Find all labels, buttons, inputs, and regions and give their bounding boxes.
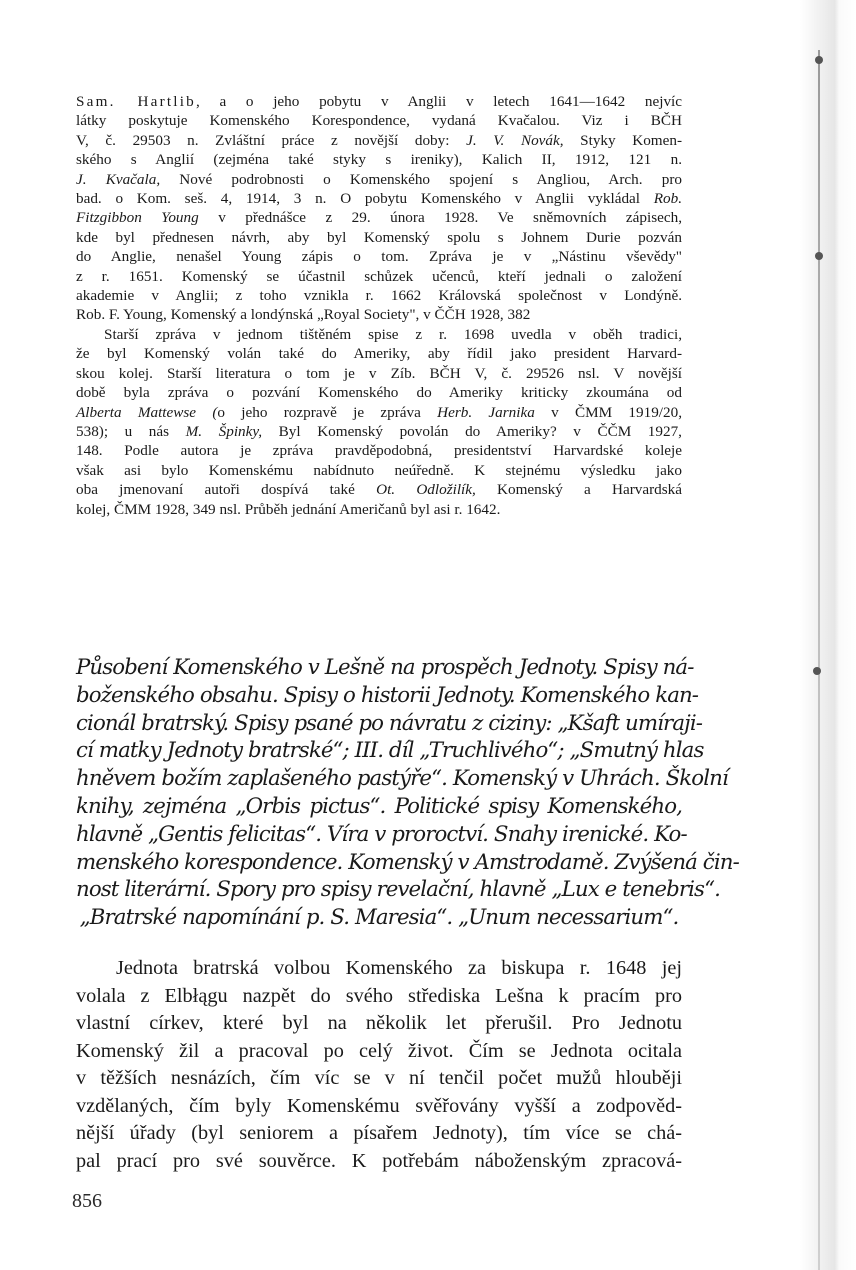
footnote-text: době byla zpráva o pozvání Komenského do… xyxy=(76,384,682,401)
footnote-line: do Anglie, nenašel Young zápis o tom. Zp… xyxy=(76,247,682,266)
body-line: pal prací pro své souvěrce. K potřebám n… xyxy=(76,1148,682,1176)
footnote-citation: Alberta Mattewse ( xyxy=(76,404,217,421)
footnote-line: kolej, ČMM 1928, 349 nsl. Průběh jednání… xyxy=(76,500,682,519)
footnote-text: v ČMM 1919/20, xyxy=(535,404,682,421)
footnote-text: o jeho rozpravě je zpráva xyxy=(217,404,437,421)
footnote-line: bad. o Kom. seš. 4, 1914, 3 n. O pobytu … xyxy=(76,189,682,208)
footnote-line: 148. Podle autora je zpráva pravděpodobn… xyxy=(76,441,682,460)
footnote-text: Komenský a Harvardská xyxy=(476,481,682,498)
footnote-line: době byla zpráva o pozvání Komenského do… xyxy=(76,383,682,402)
footnote-line: akademie v Anglii; z toho vznikla r. 166… xyxy=(76,286,682,305)
footnote-line: že byl Komenský volán také do Ameriky, a… xyxy=(76,344,682,363)
body-paragraph: Jednota bratrská volbou Komenského za bi… xyxy=(76,955,682,1175)
footnote-text: skou kolej. Starší literatura o tom je v… xyxy=(76,365,682,382)
footnote-citation: Herb. Jarnika xyxy=(437,404,535,421)
footnote-text: do Anglie, nenašel Young zápis o tom. Zp… xyxy=(76,248,682,265)
footnote-line: kde byl přednesen návrh, aby byl Komensk… xyxy=(76,228,682,247)
footnote-text: v přednášce z 29. února 1928. Ve sněmovn… xyxy=(199,209,682,226)
body-line: vlastní církev, které byl na několik let… xyxy=(76,1010,682,1038)
footnote-line: ského s Anglií (zejména také styky s ire… xyxy=(76,150,682,169)
footnote-text: kde byl přednesen návrh, aby byl Komensk… xyxy=(76,229,682,246)
footnote-citation: Ot. Odložilík, xyxy=(376,481,476,498)
footnote-line: však asi bylo Komenskému nabídnuto neúře… xyxy=(76,461,682,480)
footnote-text: že byl Komenský volán také do Ameriky, a… xyxy=(76,345,682,362)
footnote-citation: Fitzgibbon Young xyxy=(76,209,199,226)
footnote-text: Nové podrobnosti o Komenského spojení s … xyxy=(160,171,682,188)
footnote-line: V, č. 29503 n. Zvláštní práce z novější … xyxy=(76,131,682,150)
synopsis-line: Působení Komenského v Lešně na prospěch … xyxy=(76,654,682,682)
page-binding-shadow xyxy=(800,0,856,1270)
footnote-text: z r. 1651. Komenský se účastnil schůzek … xyxy=(76,268,682,285)
binding-knot xyxy=(813,667,821,675)
footnote-text: , a o jeho pobytu v Anglii v letech 1641… xyxy=(196,93,682,110)
footnote-citation: J. V. Novák, xyxy=(466,132,563,149)
body-line: nější úřady (byl seniorem a písařem Jedn… xyxy=(76,1120,682,1148)
footnote-text: bad. o Kom. seš. 4, 1914, 3 n. O pobytu … xyxy=(76,190,654,207)
body-line: Jednota bratrská volbou Komenského za bi… xyxy=(76,955,682,983)
chapter-synopsis: Působení Komenského v Lešně na prospěch … xyxy=(76,654,682,932)
footnote-line: oba jmenovaní autoři dospívá také Ot. Od… xyxy=(76,480,682,499)
footnote-citation: M. Špinky, xyxy=(186,423,262,440)
body-line: volala z Elbłągu nazpět do svého středis… xyxy=(76,983,682,1011)
footnote-line: J. Kvačala, Nové podrobnosti o Komenskéh… xyxy=(76,170,682,189)
footnote-citation: Rob. xyxy=(654,190,682,207)
footnote-text: V, č. 29503 n. Zvláštní práce z novější … xyxy=(76,132,466,149)
footnote-line: látky poskytuje Komenského Korespondence… xyxy=(76,111,682,130)
synopsis-line: hněvem božím zaplašeného pastýře“. Komen… xyxy=(76,765,682,793)
footnote-line: Starší zpráva v jednom tištěném spise z … xyxy=(76,325,682,344)
synopsis-line: knihy, zejména „Orbis pictus“. Politické… xyxy=(76,793,682,821)
body-line: vzdělaných, čím byly Komenskému svěřován… xyxy=(76,1093,682,1121)
page-number: 856 xyxy=(72,1190,102,1213)
footnote-text: však asi bylo Komenskému nabídnuto neúře… xyxy=(76,462,682,479)
synopsis-line: boženského obsahu. Spisy o historii Jedn… xyxy=(76,682,682,710)
footnote-text: Styky Komen- xyxy=(564,132,682,149)
synopsis-line: „Bratrské napomínání p. S. Maresia“. „Un… xyxy=(76,904,682,932)
footnote-text: akademie v Anglii; z toho vznikla r. 166… xyxy=(76,287,682,304)
footnote-line: 538); u nás M. Špinky, Byl Komenský povo… xyxy=(76,422,682,441)
footnote-line: Fitzgibbon Young v přednášce z 29. února… xyxy=(76,208,682,227)
footnote-text: oba jmenovaní autoři dospívá také xyxy=(76,481,376,498)
binding-knot xyxy=(815,56,823,64)
footnote-block: Sam. Hartlib, a o jeho pobytu v Anglii v… xyxy=(76,92,682,519)
footnote-text: kolej, ČMM 1928, 349 nsl. Průběh jednání… xyxy=(76,501,500,518)
body-line: Komenský žil a pracoval po celý život. Č… xyxy=(76,1038,682,1066)
footnote-line: skou kolej. Starší literatura o tom je v… xyxy=(76,364,682,383)
footnote-text: látky poskytuje Komenského Korespondence… xyxy=(76,112,682,129)
binding-knot xyxy=(815,252,823,260)
body-line: v těžších nesnázích, čím víc se v ní ten… xyxy=(76,1065,682,1093)
footnote-text: Sam. Hartlib xyxy=(76,93,196,110)
synopsis-line: cionál bratrský. Spisy psané po návratu … xyxy=(76,710,682,738)
synopsis-line: cí matky Jednoty bratrské“; III. díl „Tr… xyxy=(76,737,682,765)
footnote-text: ského s Anglií (zejména také styky s ire… xyxy=(76,151,682,168)
footnote-text: Byl Komenský povolán do Ameriky? v ČČM 1… xyxy=(262,423,682,440)
book-page: Sam. Hartlib, a o jeho pobytu v Anglii v… xyxy=(0,0,856,1270)
synopsis-line: hlavně „Gentis felicitas“. Víra v proroc… xyxy=(76,821,682,849)
footnote-citation: J. Kvačala, xyxy=(76,171,160,188)
synopsis-line: nost literární. Spory pro spisy revelačn… xyxy=(76,876,682,904)
synopsis-line: menského korespondence. Komenský v Amstr… xyxy=(76,849,682,877)
binding-thread xyxy=(818,50,820,1270)
footnote-text: 148. Podle autora je zpráva pravděpodobn… xyxy=(76,442,682,459)
footnote-line: Rob. F. Young, Komenský a londýnská „Roy… xyxy=(76,305,682,324)
footnote-line: Sam. Hartlib, a o jeho pobytu v Anglii v… xyxy=(76,92,682,111)
footnote-line: Alberta Mattewse (o jeho rozpravě je zpr… xyxy=(76,403,682,422)
footnote-text: Starší zpráva v jednom tištěném spise z … xyxy=(104,326,682,343)
footnote-line: z r. 1651. Komenský se účastnil schůzek … xyxy=(76,267,682,286)
footnote-text: 538); u nás xyxy=(76,423,186,440)
footnote-text: Rob. F. Young, Komenský a londýnská „Roy… xyxy=(76,306,530,323)
